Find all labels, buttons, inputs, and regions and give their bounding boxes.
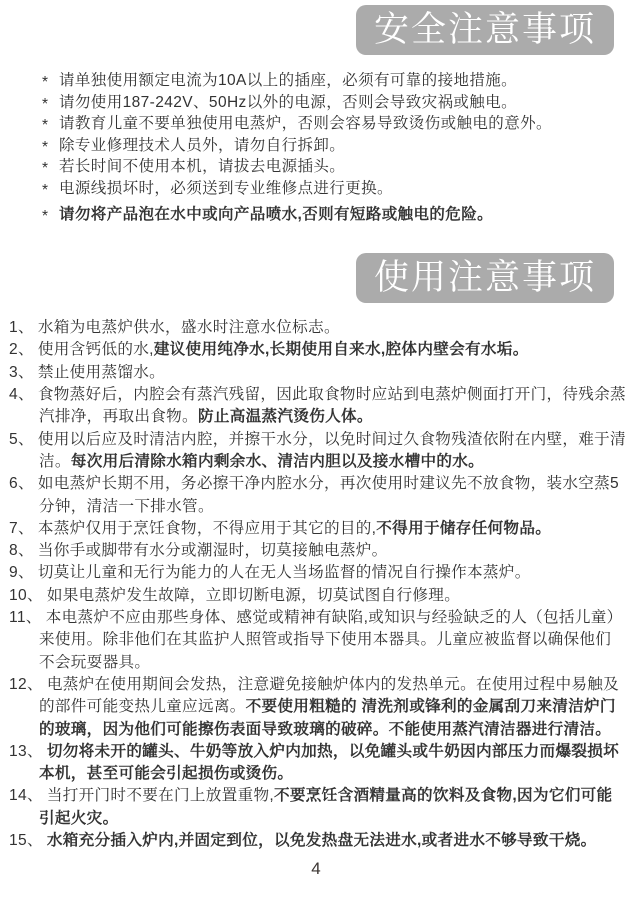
list-item: *若长时间不使用本机，请拔去电源插头。: [42, 156, 624, 178]
list-item: *请勿使用187-242V、50Hz以外的电源，否则会导致灾祸或触电。: [42, 92, 624, 114]
list-item-text: 切莫让儿童和无行为能力的人在无人当场监督的情况自行操作本蒸炉。: [38, 564, 531, 581]
list-item: 7、本蒸炉仅用于烹饪食物，不得应用于其它的目的,不得用于储存任何物品。: [9, 518, 626, 540]
list-item: 9、切莫让儿童和无行为能力的人在无人当场监督的情况自行操作本蒸炉。: [9, 562, 626, 584]
list-item-marker: *: [42, 206, 59, 228]
usage-section-banner: 使用注意事项: [356, 253, 614, 303]
list-item-text: 本蒸炉仅用于烹饪食物，不得应用于其它的目的,: [38, 520, 376, 537]
list-item: 14、当打开门时不要在门上放置重物,不要烹饪含酒精量高的饮料及食物,因为它们可能…: [9, 785, 626, 830]
list-item-text: 请勿将产品泡在水中或向产品喷水,否则有短路或触电的危险。: [59, 206, 493, 223]
list-item: *请勿将产品泡在水中或向产品喷水,否则有短路或触电的危险。: [42, 204, 624, 226]
list-item-text: 除专业修理技术人员外，请勿自行拆卸。: [59, 137, 345, 154]
page-number: 4: [0, 859, 632, 879]
list-item-text: 本电蒸炉不应由那些身体、感觉或精神有缺陷,或知识与经验缺乏的人（包括儿童）来使用…: [39, 609, 623, 671]
list-item-text: 当打开门时不要在门上放置重物,: [47, 787, 274, 804]
list-item-text: 建议使用纯净水,长期使用自来水,腔体内壁会有水垢。: [154, 341, 529, 358]
list-item-marker: 9、: [9, 564, 38, 581]
list-item-text: 若长时间不使用本机，请拔去电源插头。: [59, 158, 345, 175]
manual-page: 安全注意事项 *请单独使用额定电流为10A以上的插座，必须有可靠的接地措施。*请…: [0, 5, 632, 906]
list-item-marker: 1、: [9, 319, 38, 336]
usage-section-title: 使用注意事项: [374, 258, 596, 297]
list-item-text: 请单独使用额定电流为10A以上的插座，必须有可靠的接地措施。: [59, 72, 517, 89]
list-item: 3、禁止使用蒸馏水。: [9, 362, 626, 384]
list-item-text: 不得用于储存任何物品。: [376, 520, 551, 537]
list-item: 1、水箱为电蒸炉供水，盛水时注意水位标志。: [9, 317, 626, 339]
list-item-marker: 5、: [9, 431, 38, 448]
safety-section-banner: 安全注意事项: [356, 5, 614, 55]
list-item-marker: 11、: [9, 609, 46, 626]
list-item: 12、电蒸炉在使用期间会发热，注意避免接触炉体内的发热单元。在使用过程中易触及的…: [9, 674, 626, 741]
list-item: 15、水箱充分插入炉内,并固定到位，以免发热盘无法进水,或者进水不够导致干烧。: [9, 830, 626, 852]
list-item: 10、如果电蒸炉发生故障，立即切断电源，切莫试图自行修理。: [9, 585, 626, 607]
list-item: 2、使用含钙低的水,建议使用纯净水,长期使用自来水,腔体内壁会有水垢。: [9, 339, 626, 361]
list-item-marker: 2、: [9, 341, 38, 358]
list-item-text: 请教育儿童不要单独使用电蒸炉，否则会容易导致烫伤或触电的意外。: [59, 115, 552, 132]
list-item-text: 禁止使用蒸馏水。: [38, 364, 165, 381]
list-item-marker: *: [42, 180, 59, 202]
list-item-marker: 4、: [9, 386, 38, 403]
list-item-marker: 7、: [9, 520, 38, 537]
list-item: 4、食物蒸好后，内腔会有蒸汽残留，因此取食物时应站到电蒸炉侧面打开门，待残余蒸汽…: [9, 384, 626, 429]
list-item-text: 水箱充分插入炉内,并固定到位，以免发热盘无法进水,或者进水不够导致干烧。: [47, 832, 597, 849]
list-item: 5、使用以后应及时清洁内腔，并擦干水分，以免时间过久食物残渣依附在内壁，难于清洁…: [9, 429, 626, 474]
list-item-text: 如果电蒸炉发生故障，立即切断电源，切莫试图自行修理。: [47, 587, 460, 604]
list-item: 11、本电蒸炉不应由那些身体、感觉或精神有缺陷,或知识与经验缺乏的人（包括儿童）…: [9, 607, 626, 674]
list-item-text: 切勿将未开的罐头、牛奶等放入炉内加热，以免罐头或牛奶因内部压力而爆裂损坏本机，甚…: [39, 743, 619, 782]
list-item-marker: 6、: [9, 475, 38, 492]
list-item-marker: 3、: [9, 364, 38, 381]
list-item: 13、切勿将未开的罐头、牛奶等放入炉内加热，以免罐头或牛奶因内部压力而爆裂损坏本…: [9, 741, 626, 786]
list-item-marker: 10、: [9, 587, 47, 604]
list-item: *电源线损坏时，必须送到专业维修点进行更换。: [42, 178, 624, 200]
list-item: 8、当你手或脚带有水分或潮湿时，切莫接触电蒸炉。: [9, 540, 626, 562]
list-item-text: 防止高温蒸汽烫伤人体。: [198, 408, 373, 425]
list-item: 6、如电蒸炉长期不用，务必擦干净内腔水分，再次使用时建议先不放食物，装水空蒸5分…: [9, 473, 626, 518]
list-item-marker: 14、: [9, 787, 47, 804]
list-item-marker: 8、: [9, 542, 38, 559]
list-item-marker: *: [42, 72, 59, 94]
list-item-text: 请勿使用187-242V、50Hz以外的电源，否则会导致灾祸或触电。: [59, 94, 517, 111]
list-item-marker: *: [42, 137, 59, 159]
list-item-marker: 15、: [9, 832, 47, 849]
list-item: *请教育儿童不要单独使用电蒸炉，否则会容易导致烫伤或触电的意外。: [42, 113, 624, 135]
list-item-text: 如电蒸炉长期不用，务必擦干净内腔水分，再次使用时建议先不放食物，装水空蒸5分钟，…: [38, 475, 619, 514]
list-item-marker: *: [42, 115, 59, 137]
list-item-text: 每次用后清除水箱内剩余水、清洁内胆以及接水槽中的水。: [71, 453, 484, 470]
list-item-marker: 13、: [9, 743, 47, 760]
list-item: *请单独使用额定电流为10A以上的插座，必须有可靠的接地措施。: [42, 70, 624, 92]
list-item: *除专业修理技术人员外，请勿自行拆卸。: [42, 135, 624, 157]
safety-precautions-list: *请单独使用额定电流为10A以上的插座，必须有可靠的接地措施。*请勿使用187-…: [42, 70, 624, 225]
usage-precautions-list: 1、水箱为电蒸炉供水，盛水时注意水位标志。2、使用含钙低的水,建议使用纯净水,长…: [9, 317, 626, 852]
list-item-text: 水箱为电蒸炉供水，盛水时注意水位标志。: [38, 319, 340, 336]
list-item-text: 当你手或脚带有水分或潮湿时，切莫接触电蒸炉。: [38, 542, 388, 559]
list-item-marker: *: [42, 158, 59, 180]
list-item-text: 电源线损坏时，必须送到专业维修点进行更换。: [59, 180, 393, 197]
list-item-marker: *: [42, 94, 59, 116]
list-item-text: 使用含钙低的水,: [38, 341, 154, 358]
safety-section-title: 安全注意事项: [374, 10, 596, 49]
list-item-marker: 12、: [9, 676, 47, 693]
